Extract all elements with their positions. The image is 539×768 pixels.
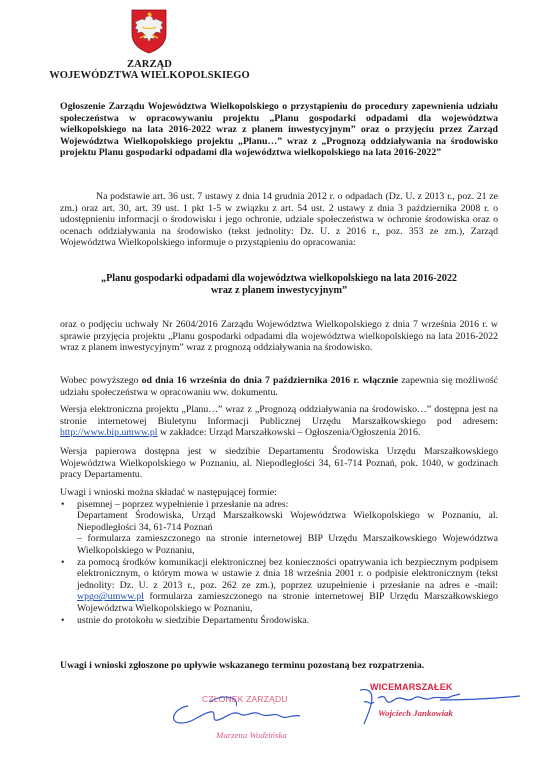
email-link[interactable]: wpgo@umww.pl: [77, 591, 144, 602]
resolution-paragraph: oraz o podjęciu uchwały Nr 2604/2016 Zar…: [60, 319, 498, 354]
list-item: • ustnie do protokołu w siedzibie Depart…: [60, 615, 498, 627]
period-prefix: Wobec powyższego: [60, 375, 142, 386]
period-dates: od dnia 16 września do dnia 7 październi…: [142, 375, 399, 386]
bullet-icon: •: [61, 615, 64, 627]
org-name-line2: WOJEWÓDZTWA WIELKOPOLSKIEGO: [40, 70, 259, 81]
bullet-icon: •: [61, 557, 64, 569]
submission-section: Uwagi i wnioski można składać w następuj…: [60, 487, 498, 626]
signatory-name: Marzena Wodzińska: [216, 730, 287, 740]
list-item: • pisemnej – poprzez wypełnienie i przes…: [60, 499, 498, 557]
item-written-form-note: – formularza zamieszczonego na stronie i…: [77, 533, 498, 556]
final-note: Uwagi i wnioski zgłoszone po upływie wsk…: [60, 660, 498, 672]
item-electronic-text: za pomocą środków komunikacji elektronic…: [77, 557, 498, 591]
announcement-title: Ogłoszenie Zarządu Województwa Wielkopol…: [60, 101, 498, 159]
electronic-version-suffix: w zakładce: Urząd Marszałkowski – Ogłosz…: [158, 427, 421, 438]
bip-link[interactable]: http://www.bip.umww.pl: [60, 427, 158, 438]
signatory-name: Wojciech Jankowiak: [378, 708, 453, 718]
item-written-address: Departament Środowiska, Urząd Marszałkow…: [77, 510, 498, 533]
legal-basis-paragraph: Na podstawie art. 36 ust. 7 ustawy z dni…: [60, 191, 498, 249]
document-page: ZARZĄD WOJEWÓDZTWA WIELKOPOLSKIEGO Ogłos…: [0, 0, 539, 768]
item-written-text: pisemnej – poprzez wypełnienie i przesła…: [77, 499, 288, 510]
signature-board-member: CZŁONEK ZARZĄDU Marzena Wodzińska: [170, 692, 320, 752]
consultation-period-paragraph: Wobec powyższego od dnia 16 września do …: [60, 375, 498, 398]
electronic-version-text: Wersja elektroniczna projektu „Planu…” w…: [60, 404, 498, 427]
signature-vice-marshal: WICEMARSZAŁEK Wojciech Jankowiak: [360, 680, 520, 750]
plan-title: „Planu gospodarki odpadami dla województ…: [60, 273, 498, 296]
org-name-line1: ZARZĄD: [40, 59, 259, 70]
item-oral-text: ustnie do protokołu w siedzibie Departam…: [77, 615, 309, 626]
paper-version-paragraph: Wersja papierowa dostępna jest w siedzib…: [60, 446, 498, 481]
handwritten-signature-icon: [170, 692, 320, 752]
bullet-icon: •: [61, 499, 64, 511]
electronic-version-paragraph: Wersja elektroniczna projektu „Planu…” w…: [60, 404, 498, 439]
list-item: • za pomocą środków komunikacji elektron…: [60, 557, 498, 615]
wielkopolska-coat-of-arms-icon: [130, 8, 168, 54]
plan-title-line2: wraz z planem inwestycyjnym”: [60, 285, 498, 297]
submission-intro: Uwagi i wnioski można składać w następuj…: [60, 487, 498, 499]
legal-basis-text: Na podstawie art. 36 ust. 7 ustawy z dni…: [60, 191, 498, 249]
submission-list: • pisemnej – poprzez wypełnienie i przes…: [60, 499, 498, 627]
plan-title-line1: „Planu gospodarki odpadami dla województ…: [60, 273, 498, 285]
